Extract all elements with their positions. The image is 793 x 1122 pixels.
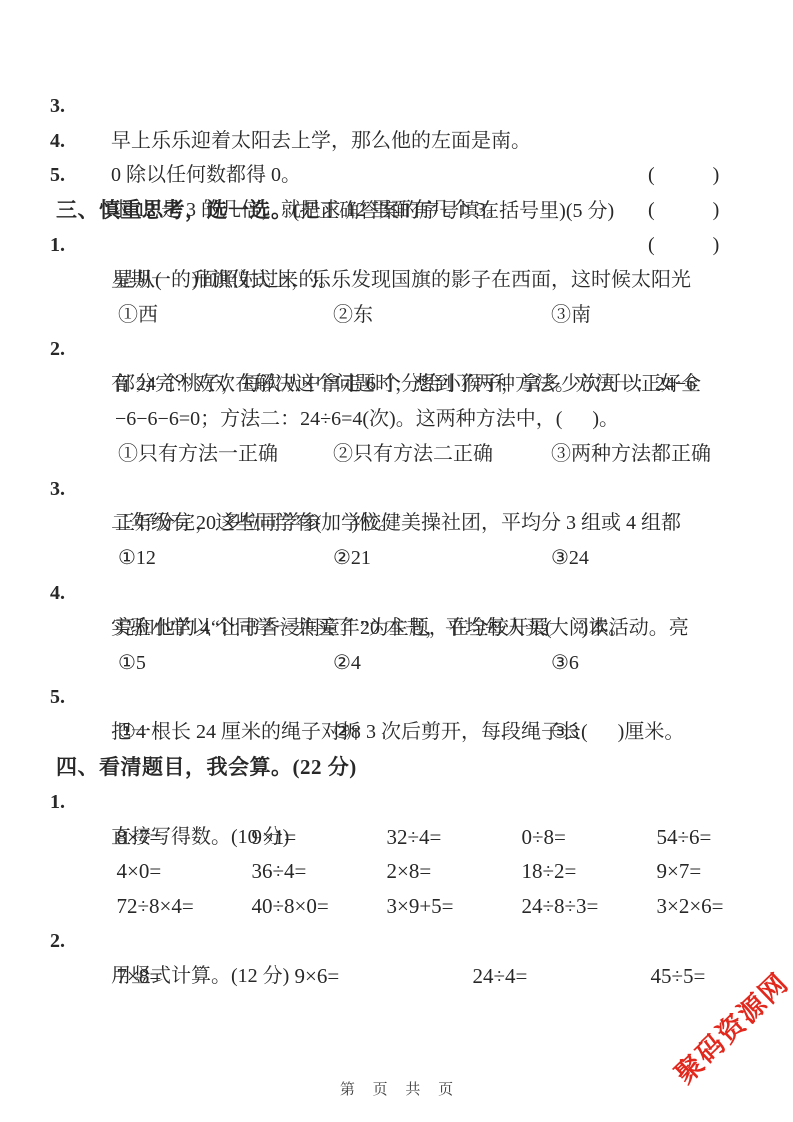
options-row: ①12②21③24 [0,506,793,541]
tf-row: 4. 0 除以任何数都得 0。 ( ) [0,89,793,124]
question-continuation: 亮和他的 4 个同学一共买了 20 本书，平均每人买( )本。 [0,576,793,611]
equation-row: 72÷8×4=40÷8×0=3×9+5=24÷8÷3=3×2×6= [0,854,793,889]
choice-question-line: 1. 星期一的升旗仪式上，乐乐发现国旗的影子在西面，这时候太阳光 [0,193,793,228]
equation-item: 24÷4= [473,959,651,994]
choice-question-line: 3. 二年级有 20 多位同学参加学校健美操社团，平均分 3 组或 4 组都 [0,437,793,472]
sub-question-title: 1. 直接写得数。(10 分) [0,750,793,785]
exam-paper-page: 3. 早上乐乐迎着太阳去上学，那么他的左面是南。 ( ) 4. 0 除以任何数都… [0,0,793,1122]
tf-row: 3. 早上乐乐迎着太阳去上学，那么他的左面是南。 ( ) [0,54,793,89]
tf-row: 5. 求 12 是 3 的几倍，就是求 12 里面有几个 3。 ( ) [0,124,793,159]
choice-question-line: 4. 实验小学以“让书香浸润童年”为主题，在全校开展大阅读活动。亮 [0,541,793,576]
paper-content: 3. 早上乐乐迎着太阳去上学，那么他的左面是南。 ( ) 4. 0 除以任何数都… [0,54,793,959]
choice-question-line: 2. 有 24 个桃子，每次从中拿走 6 个分给小猴子，拿多少次可以正好全 [0,298,793,333]
page-footer: 第 页 共 页 [0,1078,793,1099]
equation-item: 7×8= [117,959,295,994]
equation-row: 8×7=9×1=32÷4=0÷8=54÷6= [0,785,793,820]
sub-question-title: 2. 用竖式计算。(12 分) [0,889,793,924]
options-row: ①4②8③3 [0,680,793,715]
question-continuation: 是从( )面照射过来的。 [0,228,793,263]
question-continuation: −6−6−6=0；方法二：24÷6=4(次)。这两种方法中，( )。 [0,367,793,402]
equation-item: 45÷5= [651,959,706,994]
vertical-calc-row: 7×8=9×6=24÷4=45÷5= [0,924,793,959]
question-continuation: 部分完？欢欢在解决这个问题时，想到了两种方法。方法一：24−6 [0,332,793,367]
question-continuation: 正好分完，这些同学有( )位。 [0,472,793,507]
choice-question-line: 5. 把一根长 24 厘米的绳子对折 3 次后剪开，每段绳子长( )厘米。 [0,646,793,681]
options-row: ①5②4③6 [0,611,793,646]
options-row: ①只有方法一正确②只有方法二正确③两种方法都正确 [0,402,793,437]
equation-item: 9×6= [295,959,473,994]
section-four-heading: 四、看清题目，我会算。(22 分) [0,715,793,750]
options-row: ①西②东③南 [0,263,793,298]
section-three-heading: 三、慎重思考，选一选。(把正确答案的序号填在括号里)(5 分) [0,158,793,193]
equation-row: 4×0=36÷4=2×8=18÷2=9×7= [0,820,793,855]
